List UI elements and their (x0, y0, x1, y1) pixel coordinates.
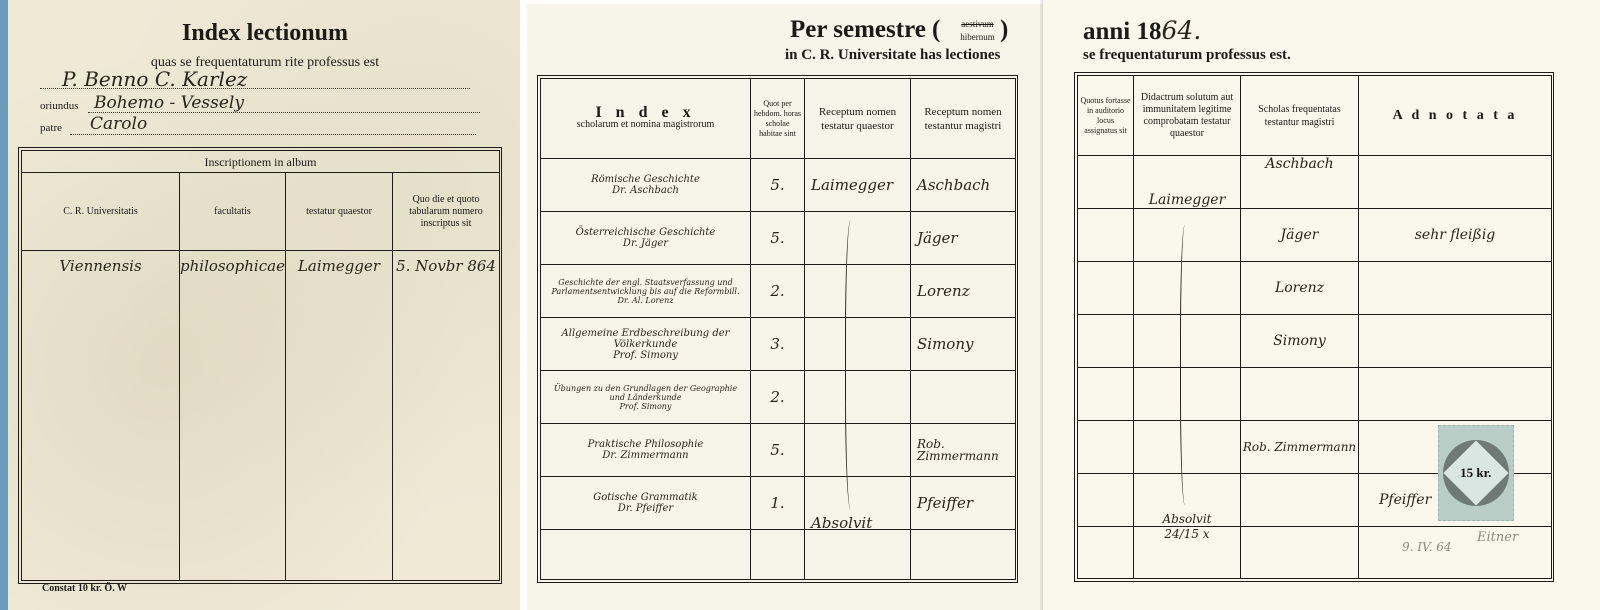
table-row: Österreichische GeschichteDr. Jäger 5. J… (541, 212, 1016, 265)
table-row: Simony (1078, 315, 1552, 368)
table-row: Römische GeschichteDr. Aschbach 5. Laime… (541, 159, 1016, 212)
student-name: P. Benno C. Karlez (62, 67, 247, 91)
table-row: Geschichte der engl. Staatsverfassung un… (541, 265, 1016, 318)
handwritten-brace (845, 220, 859, 510)
col-hours: Quot per hebdom. horas scholae habitae s… (751, 79, 805, 159)
middle-page-title: Per semestre ( (790, 16, 940, 44)
pencil-date: 9. IV. 64 (1402, 540, 1451, 554)
middle-page-subtitle: in C. R. Universitate has lectiones (785, 47, 1000, 64)
col-quaestor-received: Receptum nomen testatur quaestor (805, 79, 911, 159)
inscription-group-header: Inscriptionem in album (22, 151, 500, 173)
semester-selected: hibernum (950, 31, 1005, 44)
col-didactrum: Didactrum solutum aut immunitatem legiti… (1134, 76, 1241, 156)
cell-facultatis: philosophicae (180, 251, 286, 581)
father-label: patre (40, 122, 62, 134)
col-index: I n d e x scholarum et nomina magistroru… (541, 79, 751, 159)
title-close-paren: ) (1000, 16, 1008, 44)
table-row: Praktische PhilosophieDr. Zimmermann 5. … (541, 424, 1016, 477)
col-date: Quo die et quoto tabularum numero inscri… (393, 173, 500, 251)
stamp-value: 15 kr. (1460, 465, 1491, 481)
semester-struck: aestivum (950, 18, 1005, 31)
stamp-emblem: 15 kr. (1443, 440, 1509, 506)
origin-label: oriundus (40, 100, 79, 112)
inscription-table: Inscriptionem in album C. R. Universitat… (21, 150, 500, 581)
col-magistri-received: Receptum nomen testantur magistri (911, 79, 1016, 159)
table-row: Allgemeine Erdbeschreibung der Völkerkun… (541, 318, 1016, 371)
handwritten-brace (1180, 225, 1192, 505)
father-line (70, 134, 476, 135)
father-value: Carolo (90, 114, 147, 134)
table-row: Jäger sehr fleißig (1078, 209, 1552, 262)
year-title: anni 1864. (1083, 16, 1201, 46)
col-facultatis: facultatis (180, 173, 286, 251)
table-row: Laimegger Aschbach (1078, 156, 1552, 209)
table-row (1078, 368, 1552, 421)
cell-quaestor: Laimegger (286, 251, 393, 581)
title-text: Per semestre ( (790, 16, 940, 43)
col-scholas: Scholas frequentatas testantur magistri (1241, 76, 1359, 156)
revenue-stamp: 15 kr. (1438, 425, 1514, 521)
table-row: Übungen zu den Grundlagen der Geographie… (541, 371, 1016, 424)
table-row: Gotische GrammatikDr. Pfeiffer 1. Absolv… (541, 477, 1016, 530)
cell-universitatis: Viennensis (22, 251, 180, 581)
col-quaestor: testatur quaestor (286, 173, 393, 251)
adnotata-note: sehr fleißig (1359, 209, 1552, 262)
semester-choice: aestivum hibernum (950, 18, 1005, 44)
pencil-signature: Eitner (1477, 530, 1518, 545)
origin-value: Bohemo - Vessely (94, 93, 244, 113)
col-adnotata: A d n o t a t a (1359, 76, 1552, 156)
table-row (541, 530, 1016, 580)
year-handwritten: 64. (1162, 16, 1202, 45)
lectures-table: I n d e x scholarum et nomina magistroru… (540, 78, 1016, 580)
left-page-title: Index lectionum (100, 20, 430, 47)
price-footer: Constat 10 kr. Ö. W (42, 583, 127, 594)
col-universitatis: C. R. Universitatis (22, 173, 180, 251)
right-page-subtitle: se frequentaturum professus est. (1083, 47, 1291, 64)
col-locus: Quotus fortasse in auditorio locus assig… (1078, 76, 1134, 156)
cell-date: 5. Novbr 864 (393, 251, 500, 581)
table-row: Lorenz (1078, 262, 1552, 315)
